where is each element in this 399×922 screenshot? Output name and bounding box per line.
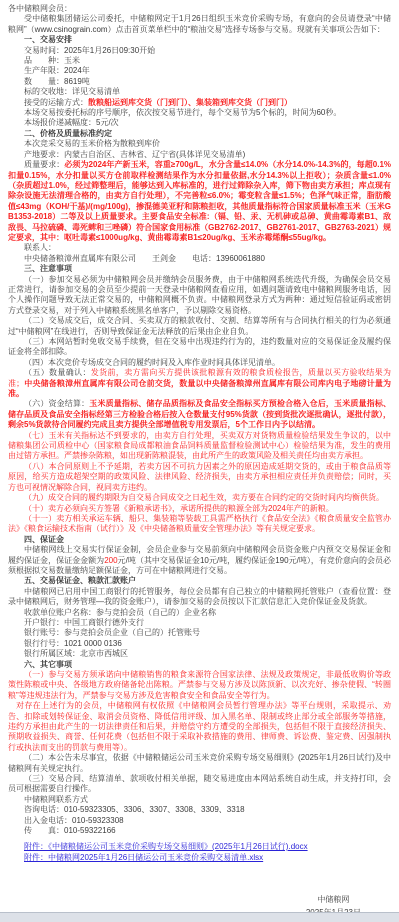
text-segment: 三、注意事项: [24, 264, 72, 273]
contact-label: 联系人：: [8, 243, 391, 253]
text-segment: 受中储粮集团储运公司委托，中储粮网定于1月26日组织玉米竞价采购专场，有意向的会…: [8, 14, 391, 33]
note-9: （九）成交合同的履约期限为自交易合同成交之日起生效，卖方要在合同约定的交货时间内…: [8, 493, 391, 503]
text-segment: 本场交易按委托标的序号顺序，依次按交易节进行，每个交易节为5个标的，时间为60秒…: [24, 108, 341, 117]
salutation: 各中储粮网会员：: [8, 4, 391, 14]
price-basis: 本次竞采交易的玉米价格为散粮到库价: [8, 139, 391, 149]
price-decrement: 本场报价递减幅度：5元/次: [8, 118, 391, 128]
attachment-row: 附件：《中储粮储运公司玉米竞价采购专场交易细则》(2025年1月26日试行).d…: [8, 842, 391, 852]
fund-phone: 出入金电话：010-59323308: [8, 816, 391, 826]
text-segment: （七）玉米有关指标达不到要求的，由卖方自行处理，买卖双方对货物质量检验结果发生争…: [8, 431, 391, 461]
attachment-rules-link[interactable]: 附件：《中储粮储运公司玉米竞价采购专场交易细则》(2025年1月26日试行).d…: [24, 842, 308, 851]
text-segment: 散粮船运到库交货（门到门）、集装箱到库交货（门到门）: [88, 98, 292, 107]
text-segment: 本次竞采交易的玉米价格为散粮到库价: [24, 139, 160, 148]
text-segment: （三）交易合同、结算清单、款项收付相关单据，随交易进度由本网站系统自动生成，并支…: [8, 774, 391, 793]
section-3-title: 三、注意事项: [8, 264, 391, 274]
text-segment: 接受的运输方式：: [24, 98, 88, 107]
bank-region: 银行所属区域：北京市西城区: [8, 649, 391, 659]
attachment-list-link[interactable]: 附件：中储粮网2025年1月26日储运公司玉米竞价采购交易清单.xlsx: [24, 853, 263, 862]
announcement-page: 各中储粮网会员：受中储粮集团储运公司委托，中储粮网定于1月26日组织玉米竞价采购…: [0, 0, 399, 922]
text-segment: 200: [104, 556, 117, 565]
text-segment: 银行账号：参与竞拍会员企业（自己的）托管账号: [24, 628, 200, 637]
section-2-title: 二、价格及质量标准约定: [8, 129, 391, 139]
text-segment: 一、交易安排: [24, 35, 72, 44]
note-6: （六）资金结算：玉米质量指标、储存品质指标及食品安全指标买方预检合格入仓后，玉米…: [8, 399, 391, 430]
section-4-title: 四、保证金: [8, 535, 391, 545]
note-2: （二）交易成交后，成交合同、买卖双方的粮款收付、交割、结算等所有与合同执行相关的…: [8, 316, 391, 337]
text-segment: 产地要求：内蒙古自治区、吉林省、辽宁省(具体详见交易清单): [24, 150, 245, 159]
delivery-location: 标的交收地：详见交易清单: [8, 87, 391, 97]
escrow-intro: 中储粮网已启用中国工商银行的托管服务，每位会员都有自己独立的中储粮网托管账户（查…: [8, 587, 391, 608]
other-penalty: 对存在上述行为的会员，中储粮网有权依照《中储粮网会员暂行管理办法》等平台规则，采…: [8, 701, 391, 753]
text-segment: （二）本公告未尽事宜，依据《中储粮储运公司玉米竞价采购专场交易细则》(2025年…: [8, 753, 391, 772]
text-segment: 收款单位账户名称：参与竞拍会员（自己的）企业名称: [24, 608, 216, 617]
text-segment: （十一）卖方相关承运车辆、船只、集装箱等装载工具需严格执行《食品安全法》《粮食质…: [8, 514, 391, 533]
text-segment: 中储粮网联系方式: [24, 795, 88, 804]
text-segment: 标的交收地：详见交易清单: [24, 87, 120, 96]
signoff-org: 中储粮网: [306, 893, 361, 906]
text-segment: 必须为2024年产新玉米，容重≥700g/L，水分含量≤14.0%（水分14.0…: [8, 160, 391, 242]
contact-method-title: 中储粮网联系方式: [8, 795, 391, 805]
text-segment: （六）资金结算：: [24, 399, 89, 408]
note-7: （七）玉米有关指标达不到要求的，由卖方自行处理，买卖双方对货物质量检验结果发生争…: [8, 431, 391, 462]
text-segment: 二、价格及质量标准约定: [24, 129, 112, 138]
text-segment: 银行所属区域：北京市西城区: [24, 649, 128, 658]
text-segment: 质量要求：: [24, 160, 64, 169]
text-segment: 银行行号：1021 0000 0136: [24, 639, 122, 648]
text-segment: （三）本网站暂时免收交易手续费，但在交易中出现违约行为的，违约数量对应的交易保证…: [8, 337, 391, 356]
note-11: （十一）卖方相关承运车辆、船只、集装箱等装载工具需严格执行《食品安全法》《粮食质…: [8, 514, 391, 535]
text-segment: 中储粮网已启用中国工商银行的托管服务，每位会员都有自己独立的中储粮网托管账户（查…: [8, 587, 391, 606]
trade-time: 交易时间：2025年1月26日09:30开始: [8, 46, 391, 56]
section-1-title: 一、交易安排: [8, 35, 391, 45]
section-5-title: 五、交易保证金、粮款汇款账户: [8, 576, 391, 586]
text-segment: （二）交易成交后，成交合同、买卖双方的粮款收付、交割、结算等所有与合同执行相关的…: [8, 316, 391, 335]
note-4: （四）本次竞价专场成交合同的履约时间及入库作业时间具体详见清单。: [8, 358, 391, 368]
text-segment: 开户银行：中国工商银行德外支行: [24, 618, 144, 627]
text-segment: 本场报价递减幅度：5元/次: [24, 118, 119, 127]
other-3: （三）交易合同、结算清单、款项收付相关单据，随交易进度由本网站系统自动生成，并支…: [8, 774, 391, 795]
bank-number: 银行行号：1021 0000 0136: [8, 639, 391, 649]
text-segment: （十）卖方必须向买方签署《新粮承诺书》，承诺所提供的粮源全部为2024年产的新粮…: [24, 504, 334, 513]
variety: 品 种：玉米: [8, 56, 391, 66]
section-6-title: 六、其它事项: [8, 660, 391, 670]
deposit-info: 中储粮网线上交易实行保证金制，会员企业参与交易前须向中储粮网会员资金账户内预交交…: [8, 545, 391, 576]
text-segment: 五、交易保证金、粮款汇款账户: [24, 576, 136, 585]
bank-name: 开户银行：中国工商银行德外支行: [8, 618, 391, 628]
quality-requirement: 质量要求：必须为2024年产新玉米，容重≥700g/L，水分含量≤14.0%（水…: [8, 160, 391, 243]
note-1: （一）参加交易必须为中储粮网会员并缴纳会员服务费，由于中储粮网系统迭代升级，为确…: [8, 275, 391, 317]
text-segment: 四、保证金: [24, 535, 64, 544]
bottom-scrollbar-strip: [0, 912, 399, 922]
session-procedure: 本场交易按委托标的序号顺序，依次按交易节进行，每个交易节为5个标的，时间为60秒…: [8, 108, 391, 118]
text-segment: （八）本合同原则上不予延期，若卖方因不可抗力因素之外的原因造成延期交货的，或由于…: [8, 462, 391, 492]
text-segment: 出入金电话：010-59323308: [24, 816, 124, 825]
attachments: 附件：《中储粮储运公司玉米竞价采购专场交易细则》(2025年1月26日试行).d…: [8, 842, 391, 865]
text-segment: （五）数量确认：: [24, 368, 91, 377]
intro: 受中储粮集团储运公司委托，中储粮网定于1月26日组织玉米竞价采购专场，有意向的会…: [8, 14, 391, 35]
text-segment: （一）参与交易方须承诺向中储粮销售的粮食来源符合国家法律、法规及政策规定，非最低…: [8, 670, 391, 700]
contact-info: 中央储备粮漳州直属库有限公司 王剑金 电话：13960061880: [8, 254, 391, 264]
text-segment: 六、其它事项: [24, 660, 72, 669]
text-segment: 咨询电话：010-59323305、3306、3307、3308、3309、33…: [24, 805, 245, 814]
text-segment: 联系人：: [24, 243, 56, 252]
note-5: （五）数量确认：发货前，卖方需向买方提供该批粮源有效的粮食质检报告，质量以买方验…: [8, 368, 391, 399]
text-segment: 传 真：010-59322166: [24, 826, 116, 835]
other-2: （二）本公告未尽事宜，依据《中储粮储运公司玉米竞价采购专场交易细则》(2025年…: [8, 753, 391, 774]
text-segment: （九）成交合同的履约期限为自交易合同成交之日起生效，卖方要在合同约定的交货时间内…: [24, 493, 384, 502]
consult-phone: 咨询电话：010-59323305、3306、3307、3308、3309、33…: [8, 805, 391, 815]
origin-requirement: 产地要求：内蒙古自治区、吉林省、辽宁省(具体详见交易清单): [8, 150, 391, 160]
note-8: （八）本合同原则上不予延期，若卖方因不可抗力因素之外的原因造成延期交货的，或由于…: [8, 462, 391, 493]
production-year: 生产年限：2024年: [8, 66, 391, 76]
text-segment: 品 种：玉米: [24, 56, 80, 65]
quantity: 数 量：8619吨: [8, 77, 391, 87]
text-segment: （一）参加交易必须为中储粮网会员并缴纳会员服务费，由于中储粮网系统迭代升级，为确…: [8, 275, 391, 315]
text-segment: 各中储粮网会员：: [8, 4, 72, 13]
text-segment: （四）本次竞价专场成交合同的履约时间及入库作业时间具体详见清单。: [24, 358, 280, 367]
text-segment: 生产年限：2024年: [24, 66, 90, 75]
bank-account: 银行账号：参与竞拍会员企业（自己的）托管账号: [8, 628, 391, 638]
transport-mode: 接受的运输方式：散粮船运到库交货（门到门）、集装箱到库交货（门到门）: [8, 98, 391, 108]
text-segment: 对存在上述行为的会员，中储粮网有权依照《中储粮网会员暂行管理办法》等平台规则，采…: [8, 701, 391, 752]
note-3: （三）本网站暂时免收交易手续费，但在交易中出现违约行为的，违约数量对应的交易保证…: [8, 337, 391, 358]
payee-account-name: 收款单位账户名称：参与竞拍会员（自己的）企业名称: [8, 608, 391, 618]
text-segment: 中央储备粮漳州直属库有限公司 王剑金 电话：13960061880: [24, 254, 265, 263]
document-body: 各中储粮网会员：受中储粮集团储运公司委托，中储粮网定于1月26日组织玉米竞价采购…: [0, 0, 399, 837]
other-1: （一）参与交易方须承诺向中储粮销售的粮食来源符合国家法律、法规及政策规定，非最低…: [8, 670, 391, 701]
text-segment: 交易时间：2025年1月26日09:30开始: [24, 46, 155, 55]
fax: 传 真：010-59322166: [8, 826, 391, 836]
text-segment: 数 量：8619吨: [24, 77, 90, 86]
text-segment: 中央储备粮漳州直属库有限公司仓前交货，数量以中央储备粮漳州直属库有限公司库内电子…: [8, 379, 391, 398]
attachment-row: 附件：中储粮网2025年1月26日储运公司玉米竞价采购交易清单.xlsx: [8, 853, 391, 863]
note-10: （十）卖方必须向买方签署《新粮承诺书》，承诺所提供的粮源全部为2024年产的新粮…: [8, 504, 391, 514]
